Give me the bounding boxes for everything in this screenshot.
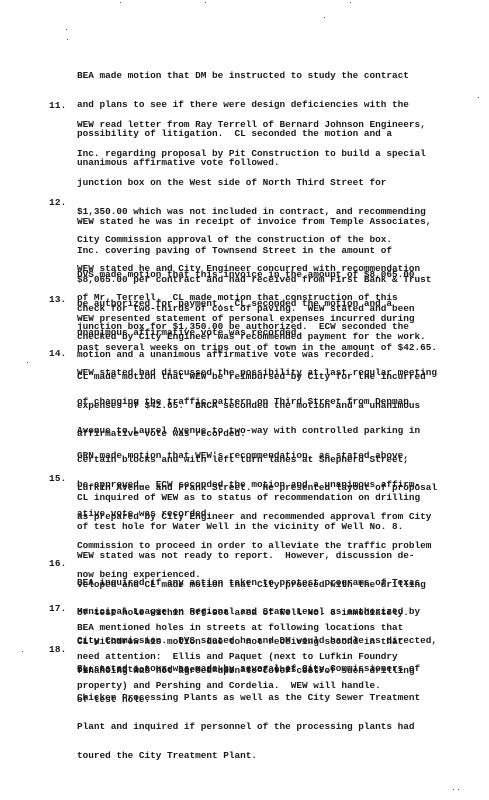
scan-speck [324,17,325,18]
text-line: BEA inquired if any action taken to prot… [77,578,477,588]
item-number: 17. [49,604,66,614]
text-line: DVS made motion that this invoice in the… [77,270,477,280]
text-line: WEW stated had discussed the possibility… [77,368,477,378]
text-line: WEW stated he was in receipt of invoice … [77,217,477,227]
scan-speck [205,2,206,3]
text-line: BEA mentioned holes in streets at follow… [77,623,477,633]
paragraph-text: CL stated a tour was made by several of … [77,645,477,779]
item-number: 12. [49,198,66,208]
text-line: Plant and inquired if personnel of the p… [77,722,477,732]
text-line: BEA made motion that DM be instructed to… [77,71,477,81]
text-line: toured the City Treatment Plant. [77,751,477,761]
scan-speck [27,362,28,363]
item-number: 18. [49,645,66,655]
text-line: CL stated a tour was made by several of … [77,664,477,674]
item-number: 16. [49,559,66,569]
text-line: WEW read letter from Ray Terrell of Bern… [77,120,477,130]
scan-speck [458,789,459,790]
item-number: 11. [49,101,66,111]
scan-speck [66,29,67,30]
scan-speck [120,2,121,3]
text-line: CL inquired of WEW as to status of recom… [77,493,477,503]
item-number: 14. [49,349,66,359]
text-line: of changing the traffic pattern on Third… [77,397,477,407]
scanned-document-page: BEA made motion that DM be instructed to… [0,0,489,800]
text-line: junction box on the West side of North T… [77,178,477,188]
text-line: of test hole for Water Well in the vicin… [77,522,477,532]
text-line: GRN made motion that WEW's recommendatio… [77,451,477,461]
item-number: 13. [49,295,66,305]
text-line: Inc. regarding proposal by Pit Construct… [77,149,477,159]
scan-speck [22,651,23,652]
item-number: 15. [49,474,66,484]
text-line: WEW presented statement of personal expe… [77,314,477,324]
text-line: Chicken Processing Plants as well as the… [77,693,477,703]
scan-speck [350,2,351,3]
scan-speck [67,39,68,40]
scan-speck [453,789,454,790]
scan-speck [478,97,479,98]
